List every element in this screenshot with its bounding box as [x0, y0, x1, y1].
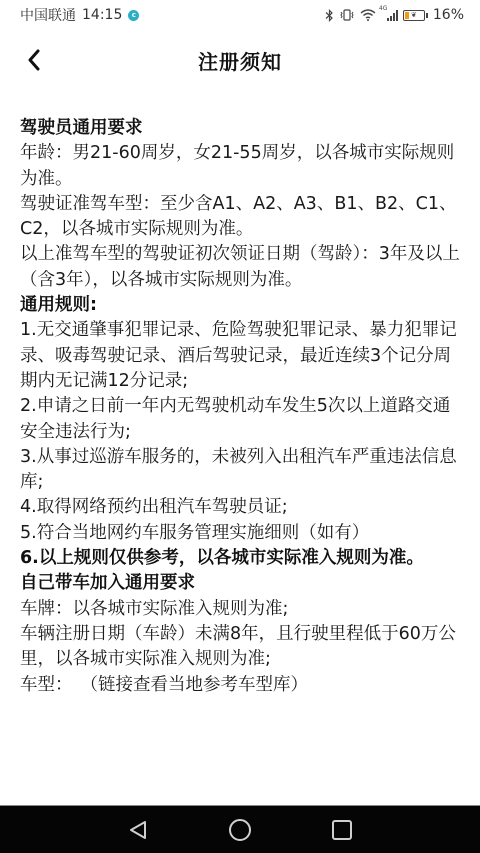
- network-type-label: 4G: [379, 5, 387, 12]
- bluetooth-icon: [325, 7, 334, 23]
- rule-item-2: 2.申请之日前一年内无驾驶机动车发生5次以上道路交通安全违法行为;: [20, 394, 465, 445]
- status-left: 中国联通 14:15 c: [20, 5, 139, 25]
- vibrate-icon: [339, 7, 355, 23]
- chevron-left-icon: [27, 49, 41, 71]
- app-header: 注册须知: [0, 30, 480, 90]
- nav-recents-button[interactable]: [327, 816, 357, 844]
- rule-item-1: 1.无交通肇事犯罪记录、危险驾驶犯罪记录、暴力犯罪记录、吸毒驾驶记录、酒后驾驶记…: [20, 318, 465, 394]
- nav-home-button[interactable]: [225, 816, 255, 844]
- status-bar: 中国联通 14:15 c 4G ❦ 16%: [0, 0, 480, 30]
- section-heading-general-rules: 通用规则:: [20, 293, 465, 318]
- rule-item-6-note: 6.以上规则仅供参考，以各城市实际准入规则为准。: [20, 546, 465, 571]
- battery-level: [405, 12, 409, 19]
- car-type-library-link[interactable]: （链接查看当地参考车型库）: [81, 675, 309, 695]
- rule-item-3: 3.从事过巡游车服务的，未被列入出租汽车严重违法信息库;: [20, 445, 465, 496]
- car-type-label: 车型：: [20, 675, 73, 695]
- app-notification-icon: c: [128, 10, 139, 21]
- status-right: 4G ❦ 16%: [325, 7, 464, 23]
- rule-item-5: 5.符合当地网约车服务管理实施细则（如有）: [20, 521, 465, 546]
- battery-cap: [426, 13, 428, 18]
- vehicle-age-requirement: 车辆注册日期（车龄）未满8年，且行驶里程低于60万公里，以各城市实际准入规则为准…: [20, 622, 465, 673]
- rule-item-4: 4.取得网络预约出租汽车驾驶员证;: [20, 495, 465, 520]
- recents-square-icon: [331, 819, 353, 841]
- driving-experience-requirement: 以上准驾车型的驾驶证初次领证日期（驾龄）：3年及以上（含3年），以各城市实际规则…: [20, 242, 465, 293]
- section-heading-driver-requirements: 驾驶员通用要求: [20, 116, 465, 141]
- plate-requirement: 车牌：以各城市实际准入规则为准;: [20, 597, 465, 622]
- page-title: 注册须知: [198, 46, 282, 75]
- wifi-icon: [360, 7, 376, 23]
- signal-icon: 4G: [387, 9, 398, 21]
- clock: 14:15: [82, 7, 122, 23]
- car-type-row: 车型：（链接查看当地参考车型库）: [20, 673, 465, 698]
- age-requirement: 年龄：男21-60周岁，女21-55周岁，以各城市实际规则为准。: [20, 141, 465, 192]
- section-heading-own-car-requirements: 自己带车加入通用要求: [20, 571, 465, 596]
- notice-content: 驾驶员通用要求 年龄：男21-60周岁，女21-55周岁，以各城市实际规则为准。…: [20, 116, 465, 698]
- back-button[interactable]: [18, 44, 50, 76]
- battery-icon: ❦: [403, 10, 425, 21]
- home-circle-icon: [228, 818, 252, 842]
- license-type-requirement: 驾驶证准驾车型：至少含A1、A2、A3、B1、B2、C1、C2，以各城市实际规则…: [20, 192, 465, 243]
- nav-back-button[interactable]: [123, 816, 153, 844]
- carrier-name: 中国联通: [20, 5, 76, 25]
- system-nav-bar: [0, 805, 480, 853]
- battery-saver-icon: ❦: [411, 12, 417, 19]
- battery-percent: 16%: [433, 7, 464, 23]
- back-triangle-icon: [127, 819, 149, 841]
